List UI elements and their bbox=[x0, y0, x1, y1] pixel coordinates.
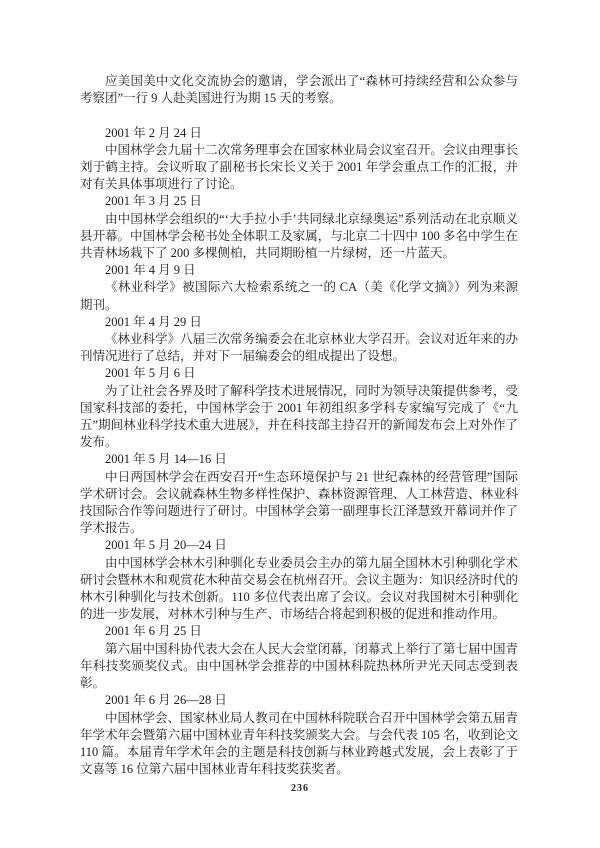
entry-date: 2001 年 3 月 25 日 bbox=[80, 193, 518, 210]
chronicle-entry: 2001 年 4 月 29 日 《林业科学》八届三次常务编委会在北京林业大学召开… bbox=[80, 314, 518, 366]
chronicle-entry: 2001 年 4 月 9 日 《林业科学》被国际六大检索系统之一的 CA（美《化… bbox=[80, 262, 518, 314]
entry-body: 《林业科学》八届三次常务编委会在北京林业大学召开。会议对近年来的办刊情况进行了总… bbox=[80, 331, 518, 365]
intro-paragraph: 应美国美中文化交流协会的邀请，学会派出了“森林可持续经营和公众参与考察团”一行 … bbox=[80, 73, 518, 107]
document-page: 应美国美中文化交流协会的邀请，学会派出了“森林可持续经营和公众参与考察团”一行 … bbox=[0, 0, 600, 848]
entry-date: 2001 年 2 月 24 日 bbox=[80, 125, 518, 142]
entry-body: 由中国林学会组织的“‘大手拉小手’共同绿北京绿奥运”系列活动在北京顺义县开幕。中… bbox=[80, 211, 518, 263]
entry-date: 2001 年 5 月 20—24 日 bbox=[80, 537, 518, 554]
entry-body: 中日两国林学会在西安召开“生态环境保护与 21 世纪森林的经营管理”国际学术研讨… bbox=[80, 469, 518, 538]
chronicle-entry: 2001 年 2 月 24 日 中国林学会九届十二次常务理事会在国家林业局会议室… bbox=[80, 125, 518, 194]
entry-date: 2001 年 6 月 25 日 bbox=[80, 623, 518, 640]
entry-body: 《林业科学》被国际六大检索系统之一的 CA（美《化学文摘》）列为来源期刊。 bbox=[80, 279, 518, 313]
entry-date: 2001 年 6 月 26—28 日 bbox=[80, 692, 518, 709]
chronicle-entry: 2001 年 6 月 26—28 日 中国林学会、国家林业局人教司在中国林科院联… bbox=[80, 692, 518, 778]
page-number: 236 bbox=[0, 783, 600, 794]
entry-date: 2001 年 5 月 6 日 bbox=[80, 365, 518, 382]
chronicle-entry: 2001 年 5 月 20—24 日 由中国林学会林木引种驯化专业委员会主办的第… bbox=[80, 537, 518, 623]
entry-body: 第六届中国科协代表大会在人民大会堂闭幕，闭幕式上举行了第七届中国青年科技奖颁奖仪… bbox=[80, 641, 518, 693]
text-block: 应美国美中文化交流协会的邀请，学会派出了“森林可持续经营和公众参与考察团”一行 … bbox=[80, 73, 518, 778]
entry-body: 中国林学会、国家林业局人教司在中国林科院联合召开中国林学会第五届青年学术年会暨第… bbox=[80, 710, 518, 779]
entry-body: 中国林学会九届十二次常务理事会在国家林业局会议室召开。会议由理事长刘于鹤主持。会… bbox=[80, 142, 518, 194]
entry-date: 2001 年 5 月 14—16 日 bbox=[80, 451, 518, 468]
entry-date: 2001 年 4 月 9 日 bbox=[80, 262, 518, 279]
entry-date: 2001 年 4 月 29 日 bbox=[80, 314, 518, 331]
chronicle-entries: 2001 年 2 月 24 日 中国林学会九届十二次常务理事会在国家林业局会议室… bbox=[80, 125, 518, 779]
chronicle-entry: 2001 年 5 月 6 日 为了让社会各界及时了解科学技术进展情况，同时为领导… bbox=[80, 365, 518, 451]
entry-body: 为了让社会各界及时了解科学技术进展情况，同时为领导决策提供参考，受国家科技部的委… bbox=[80, 383, 518, 452]
chronicle-entry: 2001 年 3 月 25 日 由中国林学会组织的“‘大手拉小手’共同绿北京绿奥… bbox=[80, 193, 518, 262]
entry-body: 由中国林学会林木引种驯化专业委员会主办的第九届全国林木引种驯化学术研讨会暨林木和… bbox=[80, 555, 518, 624]
chronicle-entry: 2001 年 5 月 14—16 日 中日两国林学会在西安召开“生态环境保护与 … bbox=[80, 451, 518, 537]
chronicle-entry: 2001 年 6 月 25 日 第六届中国科协代表大会在人民大会堂闭幕，闭幕式上… bbox=[80, 623, 518, 692]
